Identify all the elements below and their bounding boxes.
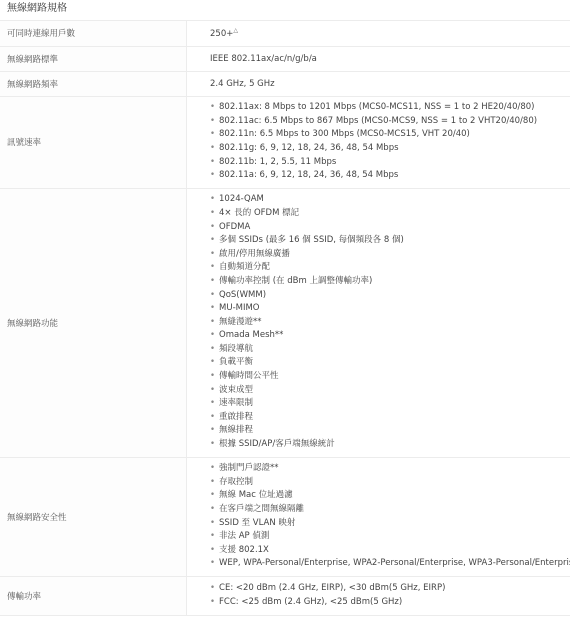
- row-label-signal-rate: 訊號速率: [0, 96, 187, 188]
- list-item: 頻段導航: [210, 343, 570, 357]
- row-label-transmit-power: 傳輸功率: [0, 576, 187, 615]
- wireless-security-list: 強制門戶認證** 存取控制 無線 Mac 位址過濾 在客戶端之間無線隔離 SSI…: [210, 462, 570, 571]
- table-row: 無線網路標準 IEEE 802.11ax/ac/n/g/b/a: [0, 46, 570, 71]
- table-row: 訊號速率 802.11ax: 8 Mbps to 1201 Mbps (MCS0…: [0, 96, 570, 188]
- row-value-wireless-security: 強制門戶認證** 存取控制 無線 Mac 位址過濾 在客戶端之間無線隔離 SSI…: [187, 457, 570, 576]
- row-label-frequency: 無線網路頻率: [0, 71, 187, 96]
- list-item: 802.11b: 1, 2, 5.5, 11 Mbps: [210, 156, 570, 170]
- row-value-wireless-standard: IEEE 802.11ax/ac/n/g/b/a: [187, 46, 570, 71]
- list-item: 無線排程: [210, 424, 570, 438]
- row-value-wireless-features: 1024-QAM 4× 長的 OFDM 標記 OFDMA 多個 SSIDs (最…: [187, 188, 570, 457]
- list-item: 傳輸功率控制 (在 dBm 上調整傳輸功率): [210, 275, 570, 289]
- row-label-max-clients: 可同時連線用戶數: [0, 21, 187, 46]
- list-item: 重啟排程: [210, 411, 570, 425]
- list-item: 多個 SSIDs (最多 16 個 SSID, 每個頻段各 8 個): [210, 234, 570, 248]
- list-item: 無線 Mac 位址過濾: [210, 489, 570, 503]
- row-label-wireless-features: 無線網路功能: [0, 188, 187, 457]
- row-label-wireless-security: 無線網路安全性: [0, 457, 187, 576]
- table-row: 無線網路安全性 強制門戶認證** 存取控制 無線 Mac 位址過濾 在客戶端之間…: [0, 457, 570, 576]
- footnote-mark: △: [233, 27, 238, 34]
- spec-table: 可同時連線用戶數 250+△ 無線網路標準 IEEE 802.11ax/ac/n…: [0, 21, 570, 616]
- list-item: Omada Mesh**: [210, 329, 570, 343]
- table-row: 傳輸功率 CE: <20 dBm (2.4 GHz, EIRP), <30 dB…: [0, 576, 570, 615]
- list-item: 802.11ax: 8 Mbps to 1201 Mbps (MCS0-MCS1…: [210, 101, 570, 115]
- row-value-signal-rate: 802.11ax: 8 Mbps to 1201 Mbps (MCS0-MCS1…: [187, 96, 570, 188]
- list-item: 802.11n: 6.5 Mbps to 300 Mbps (MCS0-MCS1…: [210, 128, 570, 142]
- list-item: 非法 AP 偵測: [210, 530, 570, 544]
- list-item: 802.11ac: 6.5 Mbps to 867 Mbps (MCS0-MCS…: [210, 115, 570, 129]
- wireless-features-list: 1024-QAM 4× 長的 OFDM 標記 OFDMA 多個 SSIDs (最…: [210, 193, 570, 451]
- list-item: 波束成型: [210, 384, 570, 398]
- table-row: 無線網路功能 1024-QAM 4× 長的 OFDM 標記 OFDMA 多個 S…: [0, 188, 570, 457]
- list-item: FCC: <25 dBm (2.4 GHz), <25 dBm(5 GHz): [210, 596, 570, 610]
- list-item: 802.11g: 6, 9, 12, 18, 24, 36, 48, 54 Mb…: [210, 142, 570, 156]
- list-item: 存取控制: [210, 476, 570, 490]
- list-item: 負載平衡: [210, 356, 570, 370]
- transmit-power-list: CE: <20 dBm (2.4 GHz, EIRP), <30 dBm(5 G…: [210, 582, 570, 609]
- table-row: 無線網路頻率 2.4 GHz, 5 GHz: [0, 71, 570, 96]
- list-item: 4× 長的 OFDM 標記: [210, 207, 570, 221]
- signal-rate-list: 802.11ax: 8 Mbps to 1201 Mbps (MCS0-MCS1…: [210, 101, 570, 183]
- list-item: MU-MIMO: [210, 302, 570, 316]
- list-item: 自動頻道分配: [210, 261, 570, 275]
- row-value-transmit-power: CE: <20 dBm (2.4 GHz, EIRP), <30 dBm(5 G…: [187, 576, 570, 615]
- row-label-wireless-standard: 無線網路標準: [0, 46, 187, 71]
- list-item: WEP, WPA-Personal/Enterprise, WPA2-Perso…: [210, 557, 570, 571]
- row-value-frequency: 2.4 GHz, 5 GHz: [187, 71, 570, 96]
- list-item: 根據 SSID/AP/客戶端無線統計: [210, 438, 570, 452]
- list-item: 傳輸時間公平性: [210, 370, 570, 384]
- list-item: 802.11a: 6, 9, 12, 18, 24, 36, 48, 54 Mb…: [210, 169, 570, 183]
- row-value-max-clients: 250+△: [187, 21, 570, 46]
- list-item: QoS(WMM): [210, 289, 570, 303]
- list-item: 1024-QAM: [210, 193, 570, 207]
- list-item: 啟用/停用無線廣播: [210, 248, 570, 262]
- list-item: 在客戶端之間無線隔離: [210, 503, 570, 517]
- list-item: 支援 802.1X: [210, 544, 570, 558]
- section-title: 無線網路規格: [0, 0, 570, 21]
- list-item: SSID 至 VLAN 映射: [210, 517, 570, 531]
- list-item: OFDMA: [210, 221, 570, 235]
- list-item: CE: <20 dBm (2.4 GHz, EIRP), <30 dBm(5 G…: [210, 582, 570, 596]
- list-item: 無縫漫遊**: [210, 316, 570, 330]
- table-row: 可同時連線用戶數 250+△: [0, 21, 570, 46]
- list-item: 強制門戶認證**: [210, 462, 570, 476]
- list-item: 速率限制: [210, 397, 570, 411]
